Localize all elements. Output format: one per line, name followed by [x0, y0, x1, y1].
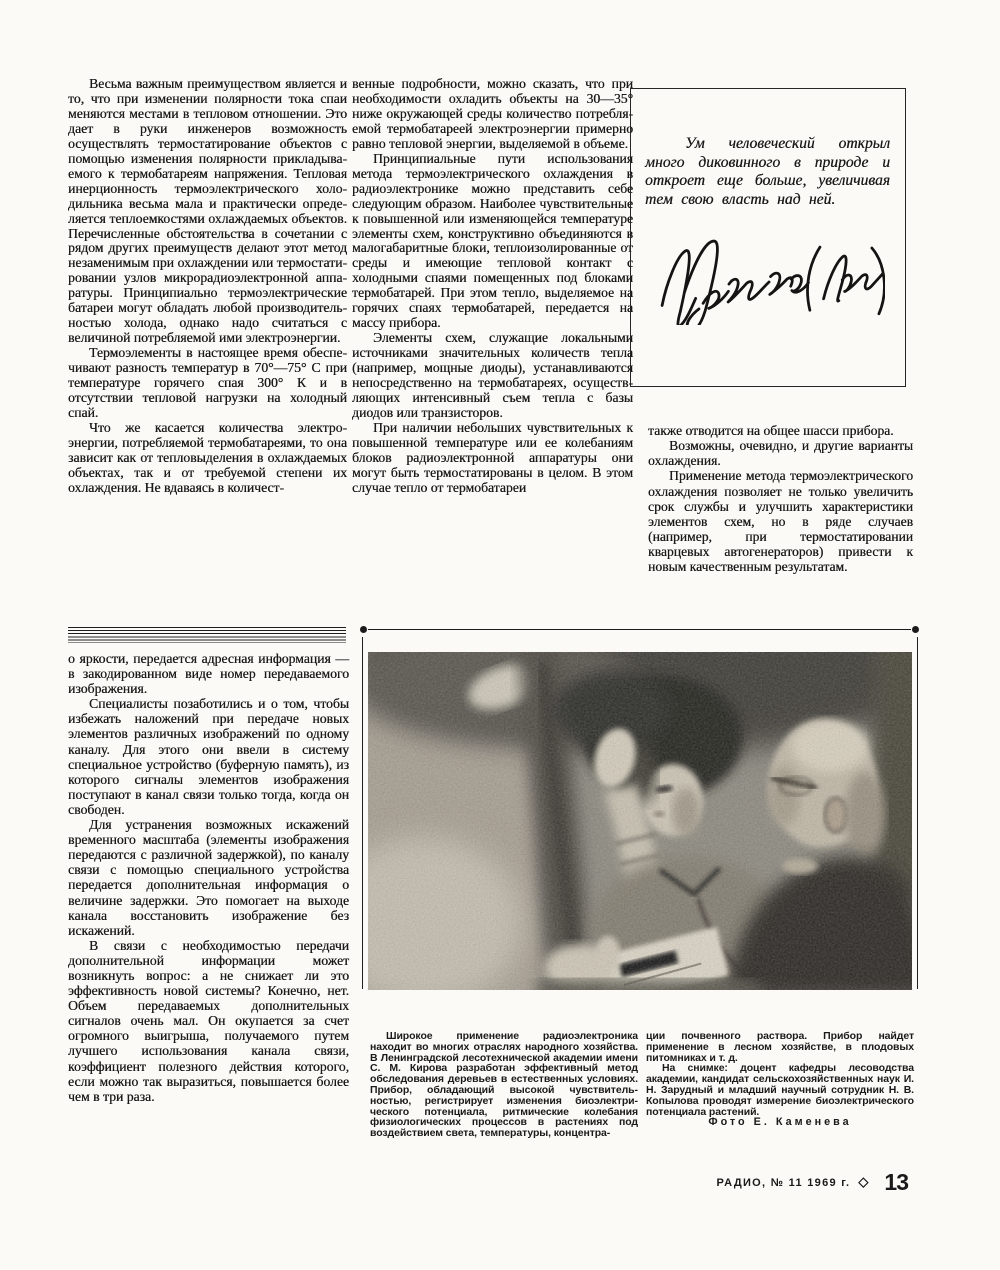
- photo-caption-col-2: ции почвенного раствора. Прибор найдет п…: [646, 1031, 914, 1128]
- photo-credit: Фото Е. Каменева: [646, 1117, 914, 1128]
- photo-researchers: [368, 652, 912, 990]
- paragraph: Принци­пиальные пути исполь­зования мето…: [352, 152, 633, 331]
- paragraph: Термо­элементы в настоящее время обеспе­…: [68, 346, 347, 421]
- lenin-quote-text: Ум человеческий открыл много диковинного…: [645, 135, 890, 209]
- rule-line: [368, 629, 911, 630]
- double-rule-divider: [68, 627, 346, 643]
- paragraph: Для устранения возможных искажений време…: [68, 817, 349, 938]
- article-cooling-col-3: также отводится на общее шасси прибора. …: [648, 423, 913, 575]
- photo-frame: [362, 637, 918, 989]
- footer-diamond-icon: ◇: [858, 1174, 868, 1190]
- paragraph: Специалисты позабо­тились и о том, чтобы…: [68, 696, 349, 817]
- paragraph: При наличии небольших чувстви­тельных к …: [352, 421, 633, 496]
- lenin-signature: Ульянов (Ленин): [647, 225, 885, 325]
- paragraph: о яркости, передается адресная информаци…: [68, 651, 349, 696]
- paragraph: Элементы схем, служащие локаль­ными исто…: [352, 331, 633, 421]
- photo-illustration: [368, 652, 912, 990]
- caption-paragraph: Широкое применение радио­элект­роника на…: [370, 1031, 638, 1139]
- caption-paragraph: ции почвенного раствора. Прибор найдет п…: [646, 1031, 914, 1063]
- article-cooling-col-1: Весьма важным преиму­ществом является и …: [68, 77, 347, 496]
- photo-caption-col-1: Широкое применение радио­элект­роника на…: [370, 1031, 638, 1139]
- paragraph: венные подробности, можно сказать, что п…: [352, 77, 633, 152]
- paragraph: Возможны, очевидно, и другие варианты ох…: [648, 438, 913, 468]
- journal-title: РАДИО, № 11 1969 г.: [717, 1177, 851, 1189]
- lenin-quote-box: Ум человеческий открыл много диковинного…: [630, 88, 906, 387]
- paragraph: также отводится на общее шасси прибора.: [648, 423, 913, 438]
- paragraph: Что же касается количества электро­энерг…: [68, 421, 347, 496]
- rule-dot-right-icon: [912, 626, 919, 633]
- magazine-page: Весьма важным преиму­ществом является и …: [0, 0, 1000, 1270]
- article-cooling-col-2: венные подробности, можно сказать, что п…: [352, 77, 633, 496]
- page-footer: РАДИО, № 11 1969 г. ◇ 13: [640, 1171, 908, 1194]
- paragraph: Весьма важным преиму­ществом является и …: [68, 77, 347, 346]
- article-tv-column: о яркости, передается адресная информаци…: [68, 651, 349, 1104]
- photo-top-rule: [360, 625, 919, 633]
- page-number: 13: [884, 1171, 908, 1194]
- caption-paragraph: На снимке: доцент кафедры лесо­водства а…: [646, 1063, 914, 1117]
- rule-dot-left-icon: [360, 626, 367, 633]
- paragraph: В связи с необхо­димостью передачи допол…: [68, 938, 349, 1104]
- paragraph: Применение метода термо­электри­ческого …: [648, 468, 913, 574]
